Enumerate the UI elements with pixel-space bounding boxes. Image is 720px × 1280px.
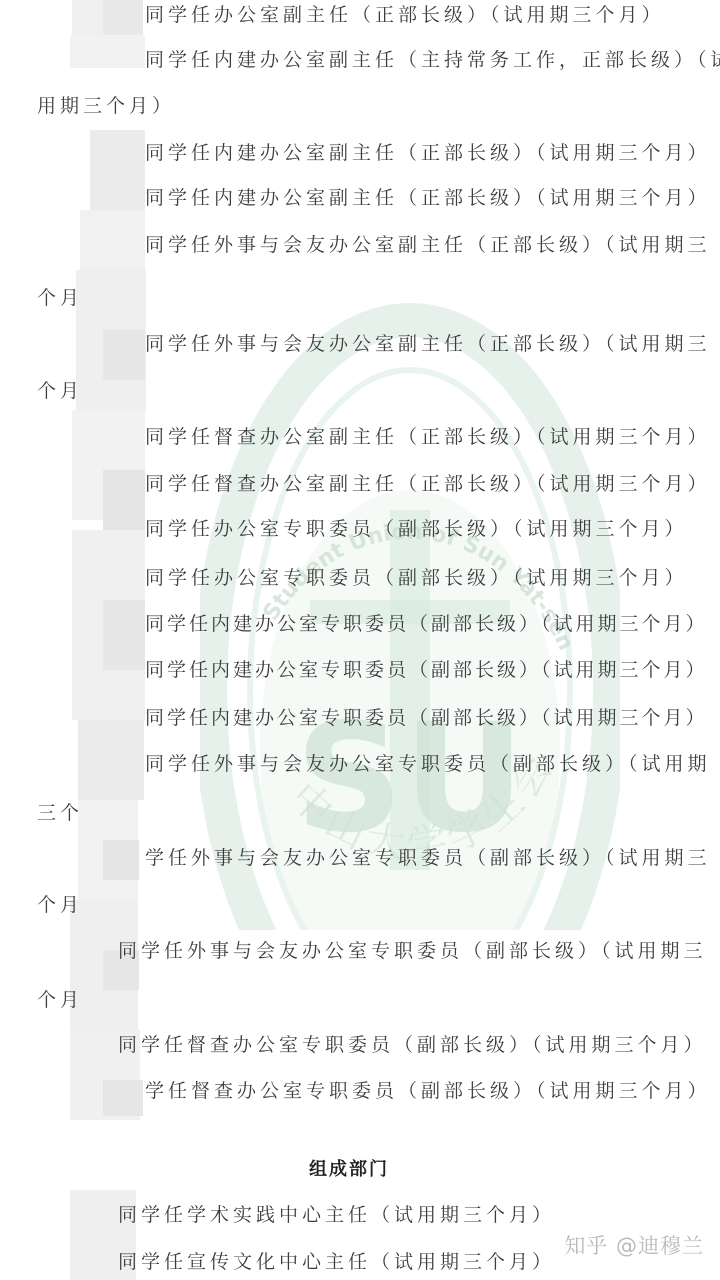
- appointment-line-continuation: 个月: [37, 283, 83, 310]
- appointment-line: 同学任学术实践中心主任（试用期三个月）: [118, 1200, 555, 1227]
- appointment-line: 同学任内建办公室专职委员（副部长级）（试用期三个月）: [145, 655, 708, 682]
- appointment-line: 同学任办公室专职委员（副部长级）（试用期三个月）: [145, 514, 688, 541]
- appointment-line: 同学任督查办公室副主任（正部长级）（试用期三个月）: [145, 469, 711, 496]
- zhihu-watermark: 知乎 @迪穆兰: [564, 1230, 704, 1260]
- appointment-line-continuation: 用期三个月）: [37, 91, 175, 118]
- appointment-line: 同学任督查办公室专职委员（副部长级）（试用期三个月）: [118, 1030, 707, 1057]
- appointment-line: 学任督查办公室专职委员（副部长级）（试用期三个月）: [145, 1076, 711, 1103]
- section-heading: 组成部门: [309, 1155, 389, 1181]
- appointment-line: 同学任外事与会友办公室副主任（正部长级）（试用期三: [145, 230, 711, 257]
- appointment-line: 同学任内建办公室专职委员（副部长级）（试用期三个月）: [145, 609, 708, 636]
- appointment-line: 同学任内建办公室专职委员（副部长级）（试用期三个月）: [145, 703, 708, 730]
- appointment-line-continuation: 个月: [37, 890, 83, 917]
- appointment-line: 同学任外事与会友办公室专职委员（副部长级）（试用期三: [118, 936, 707, 963]
- document-page: SU Student Union of Sun Yat-sen 中山大学学生会: [0, 0, 720, 1280]
- redaction-blur: [0, 0, 150, 1280]
- appointment-line-continuation: 个月: [37, 985, 83, 1012]
- appointment-line: 同学任外事与会友办公室副主任（正部长级）（试用期三: [145, 329, 711, 356]
- appointment-line: 同学任内建办公室副主任（主持常务工作，正部长级）（试: [145, 45, 720, 72]
- appointment-line: 同学任办公室专职委员（副部长级）（试用期三个月）: [145, 563, 688, 590]
- appointment-line: 同学任办公室副主任（正部长级）（试用期三个月）: [145, 0, 665, 27]
- appointment-line: 同学任内建办公室副主任（正部长级）（试用期三个月）: [145, 183, 711, 210]
- appointment-line-continuation: 三个: [37, 798, 83, 825]
- appointment-line-continuation: 个月: [37, 376, 83, 403]
- appointment-line: 学任外事与会友办公室专职委员（副部长级）（试用期三: [145, 843, 711, 870]
- appointment-line: 同学任宣传文化中心主任（试用期三个月）: [118, 1247, 555, 1274]
- appointment-line: 同学任督查办公室副主任（正部长级）（试用期三个月）: [145, 422, 711, 449]
- appointment-line: 同学任外事与会友办公室专职委员（副部长级）（试用期: [145, 749, 711, 776]
- appointment-line: 同学任内建办公室副主任（正部长级）（试用期三个月）: [145, 138, 711, 165]
